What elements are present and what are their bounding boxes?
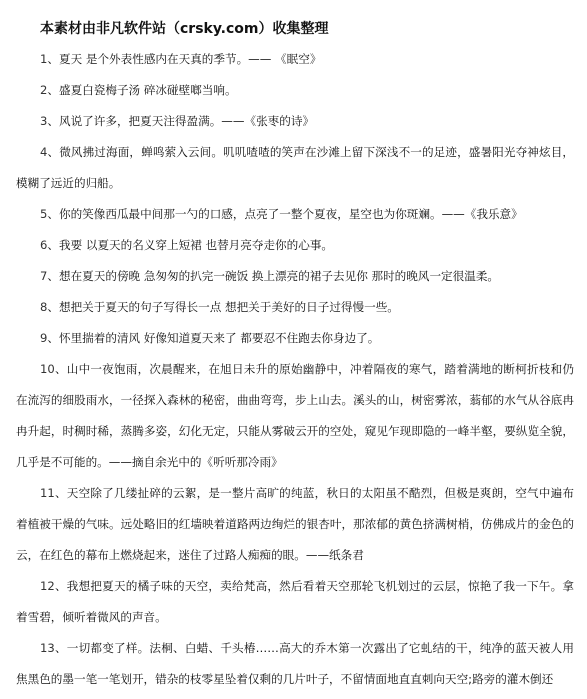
paragraph-4: 4、微风拂过海面，蝉鸣萦入云间。叽叽喳喳的笑声在沙滩上留下深浅不一的足迹，盛暑阳…	[16, 137, 574, 199]
paragraph-8: 8、想把关于夏天的句子写得长一点 想把关于美好的日子过得慢一些。	[16, 292, 574, 323]
paragraph-11: 11、天空除了几缕扯碎的云絮，是一整片高旷的纯蓝，秋日的太阳虽不酷烈，但极是爽朗…	[16, 478, 574, 571]
document-title: 本素材由非凡软件站（crsky.com）收集整理	[40, 18, 329, 38]
paragraph-1: 1、夏天 是个外表性感内在天真的季节。—— 《眠空》	[16, 44, 574, 75]
paragraph-3: 3、风说了许多，把夏天注得盈满。——《张枣的诗》	[16, 106, 574, 137]
paragraph-10: 10、山中一夜饱雨，次晨醒来，在旭日未升的原始幽静中，冲着隔夜的寒气，踏着满地的…	[16, 354, 574, 478]
paragraph-13: 13、一切都变了样。法桐、白蜡、千头椿……高大的乔木第一次露出了它虬结的干，纯净…	[16, 633, 574, 695]
document-page: 本素材由非凡软件站（crsky.com）收集整理 1、夏天 是个外表性感内在天真…	[0, 0, 587, 699]
paragraph-12: 12、我想把夏天的橘子味的天空，卖给梵高，然后看着天空那轮飞机划过的云层，惊艳了…	[16, 571, 574, 633]
paragraph-5: 5、你的笑像西瓜最中间那一勺的口感，点亮了一整个夏夜，星空也为你斑斓。——《我乐…	[16, 199, 574, 230]
paragraph-2: 2、盛夏白瓷梅子汤 碎冰碰壁啷当响。	[16, 75, 574, 106]
paragraph-7: 7、想在夏天的傍晚 急匆匆的扒完一碗饭 换上漂亮的裙子去见你 那时的晚风一定很温…	[16, 261, 574, 292]
paragraph-9: 9、怀里揣着的清风 好像知道夏天来了 都要忍不住跑去你身边了。	[16, 323, 574, 354]
paragraph-6: 6、我要 以夏天的名义穿上短裙 也替月亮夺走你的心事。	[16, 230, 574, 261]
